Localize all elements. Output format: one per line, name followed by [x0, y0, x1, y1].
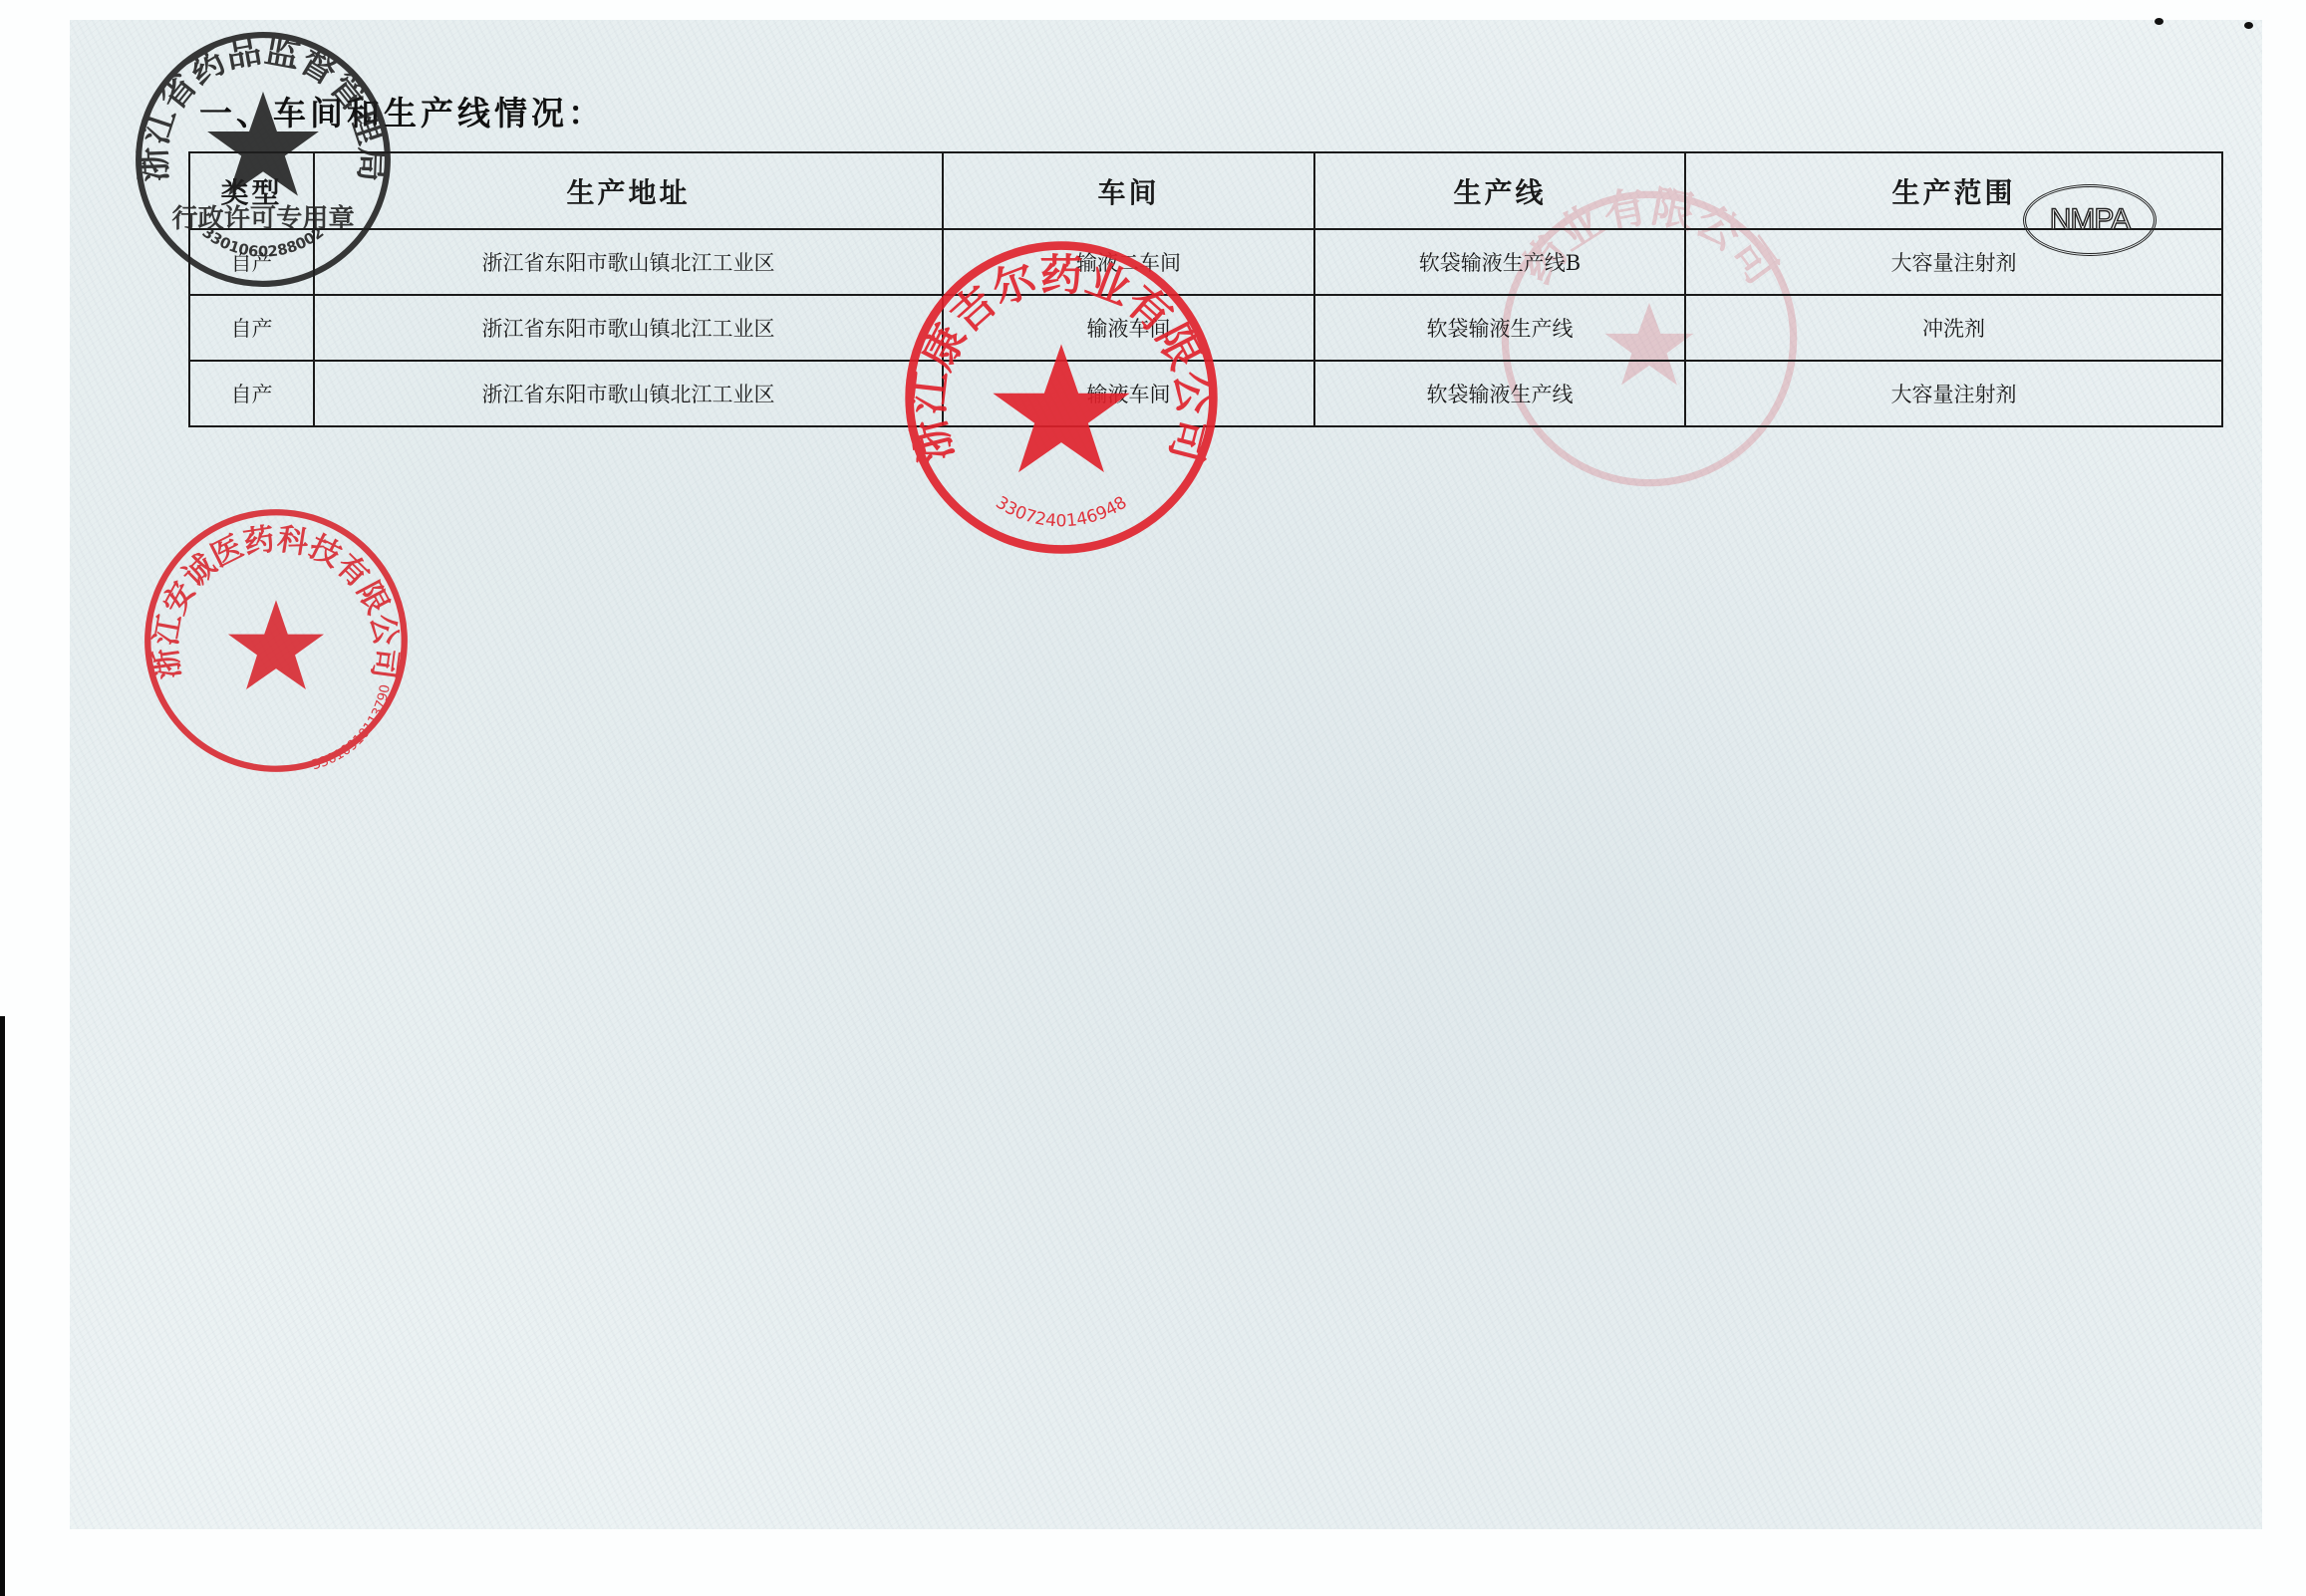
cell-production-scope: 大容量注射剂 [1685, 361, 2222, 426]
table-header-row: 类型 生产地址 车间 生产线 生产范围 [189, 152, 2222, 229]
table-row: 自产 浙江省东阳市歌山镇北江工业区 输液车间 软袋输液生产线 大容量注射剂 [189, 361, 2222, 426]
header-address: 生产地址 [314, 152, 943, 229]
cell-workshop: 输液车间 [943, 361, 1314, 426]
cell-production-line: 软袋输液生产线 [1314, 295, 1685, 361]
cell-address: 浙江省东阳市歌山镇北江工业区 [314, 295, 943, 361]
cell-production-line: 软袋输液生产线B [1314, 229, 1685, 295]
workshop-production-line-table: 类型 生产地址 车间 生产线 生产范围 自产 浙江省东阳市歌山镇北江工业区 输液… [188, 151, 2223, 427]
scan-edge-bar [0, 1016, 5, 1596]
cell-address: 浙江省东阳市歌山镇北江工业区 [314, 229, 943, 295]
cell-address: 浙江省东阳市歌山镇北江工业区 [314, 361, 943, 426]
header-workshop: 车间 [943, 152, 1314, 229]
cell-production-line: 软袋输液生产线 [1314, 361, 1685, 426]
table-row: 自产 浙江省东阳市歌山镇北江工业区 输液车间 软袋输液生产线 冲洗剂 [189, 295, 2222, 361]
header-production-line: 生产线 [1314, 152, 1685, 229]
cell-type: 自产 [189, 229, 314, 295]
cell-workshop: 输液车间 [943, 295, 1314, 361]
scan-speck [2155, 18, 2163, 25]
header-type: 类型 [189, 152, 314, 229]
table-row: 自产 浙江省东阳市歌山镇北江工业区 输液二车间 软袋输液生产线B 大容量注射剂 [189, 229, 2222, 295]
section-title: 一、车间和生产线情况： [199, 88, 605, 134]
cell-production-scope: 冲洗剂 [1685, 295, 2222, 361]
cell-workshop: 输液二车间 [943, 229, 1314, 295]
scan-speck [2244, 22, 2253, 29]
cell-type: 自产 [189, 361, 314, 426]
cell-type: 自产 [189, 295, 314, 361]
nmpa-logo: NMPA [2023, 184, 2157, 256]
